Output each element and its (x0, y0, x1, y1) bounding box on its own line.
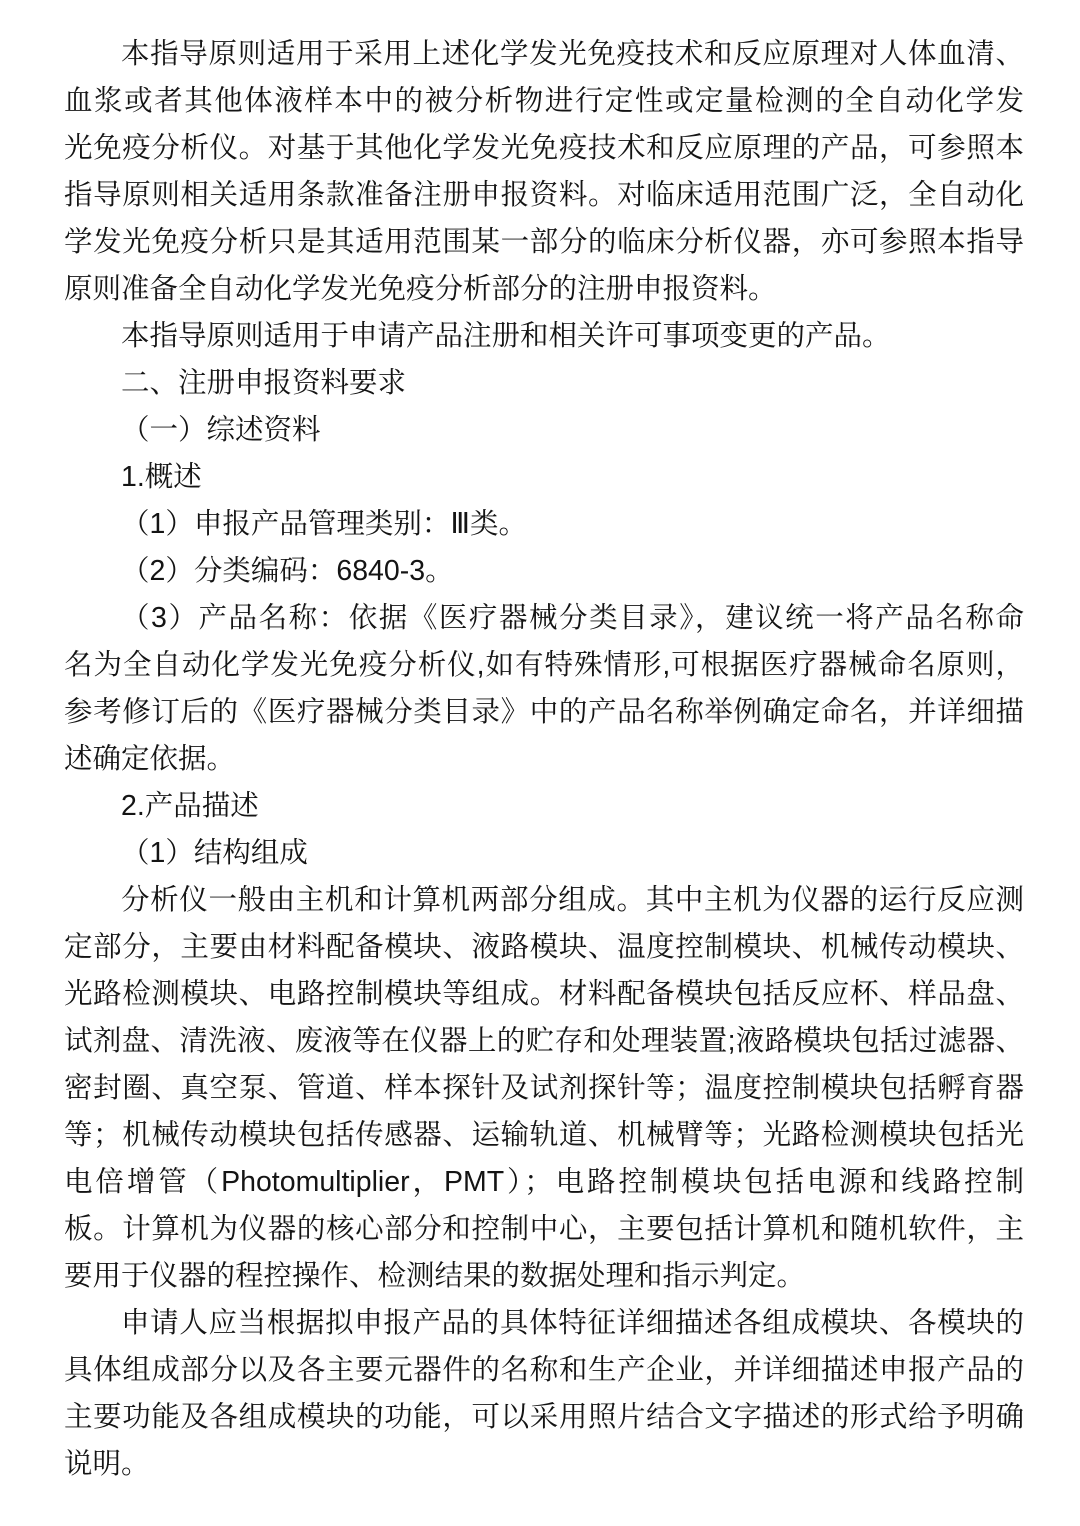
item-management-class: （1）申报产品管理类别：Ⅲ类。 (64, 501, 1024, 548)
text-line: 本指导原则适用于申请产品注册和相关许可事项变更的产品。 (64, 313, 1024, 360)
item-product-name: （3）产品名称：依据《医疗器械分类目录》，建议统一将产品名称命 名为全自动化学发… (64, 595, 1024, 783)
heading-section-2: 二、注册申报资料要求 (64, 360, 1024, 407)
heading-1-overview: 1.概述 (64, 454, 1024, 501)
text-line: 述确定依据。 (64, 736, 1024, 783)
paragraph-analyzer-composition: 分析仪一般由主机和计算机两部分组成。其中主机为仪器的运行反应测 定部分，主要由材… (64, 877, 1024, 1300)
paragraph-applicant-requirements: 申请人应当根据拟申报产品的具体特征详细描述各组成模块、各模块的 具体组成部分以及… (64, 1300, 1024, 1488)
item-classification-code: （2）分类编码：6840-3。 (64, 548, 1024, 595)
text-line: （1）申报产品管理类别：Ⅲ类。 (64, 501, 1024, 548)
heading-line: 二、注册申报资料要求 (64, 360, 1024, 407)
text-line: 板。计算机为仪器的核心部分和控制中心，主要包括计算机和随机软件，主 (64, 1206, 1024, 1253)
heading-2-product-description: 2.产品描述 (64, 783, 1024, 830)
text-line: 学发光免疫分析只是其适用范围某一部分的临床分析仪器，亦可参照本指导 (64, 219, 1024, 266)
text-line: 等；机械传动模块包括传感器、运输轨道、机械臂等；光路检测模块包括光 (64, 1112, 1024, 1159)
text-line: 要用于仪器的程控操作、检测结果的数据处理和指示判定。 (64, 1253, 1024, 1300)
text-line: 申请人应当根据拟申报产品的具体特征详细描述各组成模块、各模块的 (64, 1300, 1024, 1347)
heading-line: （一）综述资料 (64, 407, 1024, 454)
heading-line: 1.概述 (64, 454, 1024, 501)
text-line: 光路检测模块、电路控制模块等组成。材料配备模块包括反应杯、样品盘、 (64, 971, 1024, 1018)
text-line: 原则准备全自动化学发光免疫分析部分的注册申报资料。 (64, 266, 1024, 313)
document-page: 本指导原则适用于采用上述化学发光免疫技术和反应原理对人体血清、 血浆或者其他体液… (0, 0, 1080, 1526)
heading-line: （1）结构组成 (64, 830, 1024, 877)
text-line: 密封圈、真空泵、管道、样本探针及试剂探针等；温度控制模块包括孵育器 (64, 1065, 1024, 1112)
text-line: （2）分类编码：6840-3。 (64, 548, 1024, 595)
text-line: 主要功能及各组成模块的功能，可以采用照片结合文字描述的形式给予明确 (64, 1394, 1024, 1441)
text-line: 本指导原则适用于采用上述化学发光免疫技术和反应原理对人体血清、 (64, 31, 1024, 78)
text-line: 光免疫分析仪。对基于其他化学发光免疫技术和反应原理的产品，可参照本 (64, 125, 1024, 172)
paragraph-scope: 本指导原则适用于采用上述化学发光免疫技术和反应原理对人体血清、 血浆或者其他体液… (64, 31, 1024, 313)
paragraph-applicability: 本指导原则适用于申请产品注册和相关许可事项变更的产品。 (64, 313, 1024, 360)
text-line: 血浆或者其他体液样本中的被分析物进行定性或定量检测的全自动化学发 (64, 78, 1024, 125)
text-line: 参考修订后的《医疗器械分类目录》中的产品名称举例确定命名，并详细描 (64, 689, 1024, 736)
text-line: 指导原则相关适用条款准备注册申报资料。对临床适用范围广泛，全自动化 (64, 172, 1024, 219)
heading-line: 2.产品描述 (64, 783, 1024, 830)
heading-structure-composition: （1）结构组成 (64, 830, 1024, 877)
text-line: 具体组成部分以及各主要元器件的名称和生产企业，并详细描述申报产品的 (64, 1347, 1024, 1394)
text-line: 分析仪一般由主机和计算机两部分组成。其中主机为仪器的运行反应测 (64, 877, 1024, 924)
text-line: 电倍增管（Photomultiplier，PMT）；电路控制模块包括电源和线路控… (64, 1159, 1024, 1206)
text-line: 试剂盘、清洗液、废液等在仪器上的贮存和处理装置;液路模块包括过滤器、 (64, 1018, 1024, 1065)
text-line: 定部分，主要由材料配备模块、液路模块、温度控制模块、机械传动模块、 (64, 924, 1024, 971)
text-line: 名为全自动化学发光免疫分析仪,如有特殊情形,可根据医疗器械命名原则， (64, 642, 1024, 689)
heading-overview-materials: （一）综述资料 (64, 407, 1024, 454)
text-line: （3）产品名称：依据《医疗器械分类目录》，建议统一将产品名称命 (64, 595, 1024, 642)
text-line: 说明。 (64, 1441, 1024, 1488)
